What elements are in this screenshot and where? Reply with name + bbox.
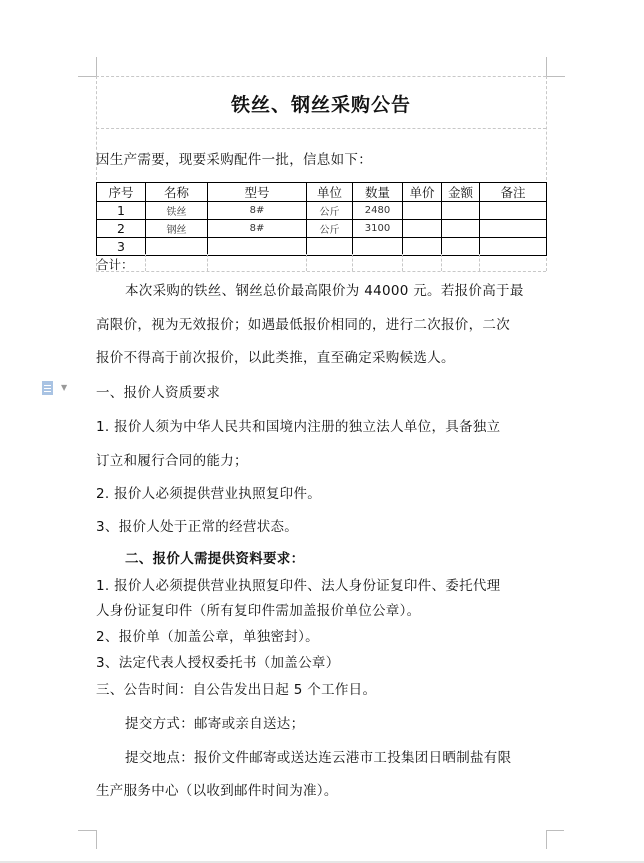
crop-mark-top-left-h [78,76,96,77]
crop-mark-bottom-left-h [78,830,96,831]
cell-quantity: 2480 [353,202,403,220]
section3-heading: 三、公告时间：自公告发出日起 5 个工作日。 [96,678,376,698]
section2-item: 3、法定代表人授权委托书（加盖公章） [96,651,340,671]
submit-place-line: 生产服务中心（以收到邮件时间为准）。 [96,779,338,799]
cell-index: 1 [97,202,146,220]
cell-unit: 公斤 [307,202,353,220]
document-title: 铁丝、钢丝采购公告 [96,90,546,117]
col-header-index: 序号 [97,183,146,202]
submit-place-line: 提交地点：报价文件邮寄或送达连云港市工投集团日晒制盐有限 [125,746,511,766]
col-header-amount: 金额 [442,183,480,202]
cell-unit-price [403,202,442,220]
section2-item: 1. 报价人必须提供营业执照复印件、法人身份证复印件、委托代理 [96,574,500,594]
items-table: 序号 名称 型号 单位 数量 单价 金额 备注 1 铁丝 8# 公斤 2480 … [96,182,547,256]
total-row-guide [207,254,208,271]
cell-unit: 公斤 [307,220,353,238]
cell-name: 钢丝 [146,220,208,238]
header-guide-bottom [96,128,546,129]
col-header-model: 型号 [208,183,307,202]
cell-model: 8# [208,202,307,220]
cell-unit-price [403,238,442,256]
total-row-guide [145,254,146,271]
cell-quantity [353,238,403,256]
limit-paragraph-line: 本次采购的铁丝、钢丝总价最高限价为 44000 元。若报价高于最 [125,279,524,299]
cell-model [208,238,307,256]
cell-remark [480,202,547,220]
total-row-bottom-guide [96,271,546,272]
document-icon[interactable] [42,381,53,395]
cell-name: 铁丝 [146,202,208,220]
section1-item: 订立和履行合同的能力； [96,449,248,469]
crop-mark-top-right-v [546,57,547,76]
col-header-quantity: 数量 [353,183,403,202]
section2-heading: 二、报价人需提供资料要求： [125,547,304,567]
total-row-guide [479,254,480,271]
cell-model: 8# [208,220,307,238]
section1-item: 3、报价人处于正常的经营状态。 [96,515,298,535]
cell-quantity: 3100 [353,220,403,238]
cell-unit [307,238,353,256]
section1-item: 2. 报价人必须提供营业执照复印件。 [96,482,321,502]
cell-remark [480,220,547,238]
cell-index: 3 [97,238,146,256]
total-row-guide [306,254,307,271]
total-row: 合计： [96,254,546,271]
crop-mark-bottom-left-v [96,830,97,849]
limit-paragraph-line: 报价不得高于前次报价，以此类推，直至确定采购候选人。 [96,346,455,366]
table-row: 3 [97,238,547,256]
total-row-guide [352,254,353,271]
total-row-guide [441,254,442,271]
section2-item: 2、报价单（加盖公章，单独密封）。 [96,625,319,645]
header-guide-top [96,76,546,77]
total-row-guide [402,254,403,271]
col-header-name: 名称 [146,183,208,202]
table-row: 2 钢丝 8# 公斤 3100 [97,220,547,238]
submit-method: 提交方式：邮寄或亲自送达； [125,712,304,732]
col-header-unit-price: 单价 [403,183,442,202]
cell-unit-price [403,220,442,238]
crop-mark-bottom-right-v [546,830,547,849]
crop-mark-top-left-v [96,57,97,76]
cell-amount [442,238,480,256]
cell-remark [480,238,547,256]
dropdown-caret-icon[interactable]: ▼ [61,383,67,392]
table-header-row: 序号 名称 型号 单位 数量 单价 金额 备注 [97,183,547,202]
col-header-remark: 备注 [480,183,547,202]
crop-mark-top-right-h [547,76,565,77]
cell-name [146,238,208,256]
cell-amount [442,220,480,238]
section1-heading: 一、报价人资质要求 [96,381,220,401]
intro-text: 因生产需要，现要采购配件一批，信息如下： [96,148,372,168]
crop-mark-bottom-right-h [546,830,564,831]
table-row: 1 铁丝 8# 公斤 2480 [97,202,547,220]
col-header-unit: 单位 [307,183,353,202]
limit-paragraph-line: 高限价，视为无效报价；如遇最低报价相同的，进行二次报价，二次 [96,313,510,333]
cell-index: 2 [97,220,146,238]
cell-amount [442,202,480,220]
section2-item: 人身份证复印件（所有复印件需加盖报价单位公章）。 [96,599,420,619]
section1-item: 1. 报价人须为中华人民共和国境内注册的独立法人单位，具备独立 [96,415,500,435]
